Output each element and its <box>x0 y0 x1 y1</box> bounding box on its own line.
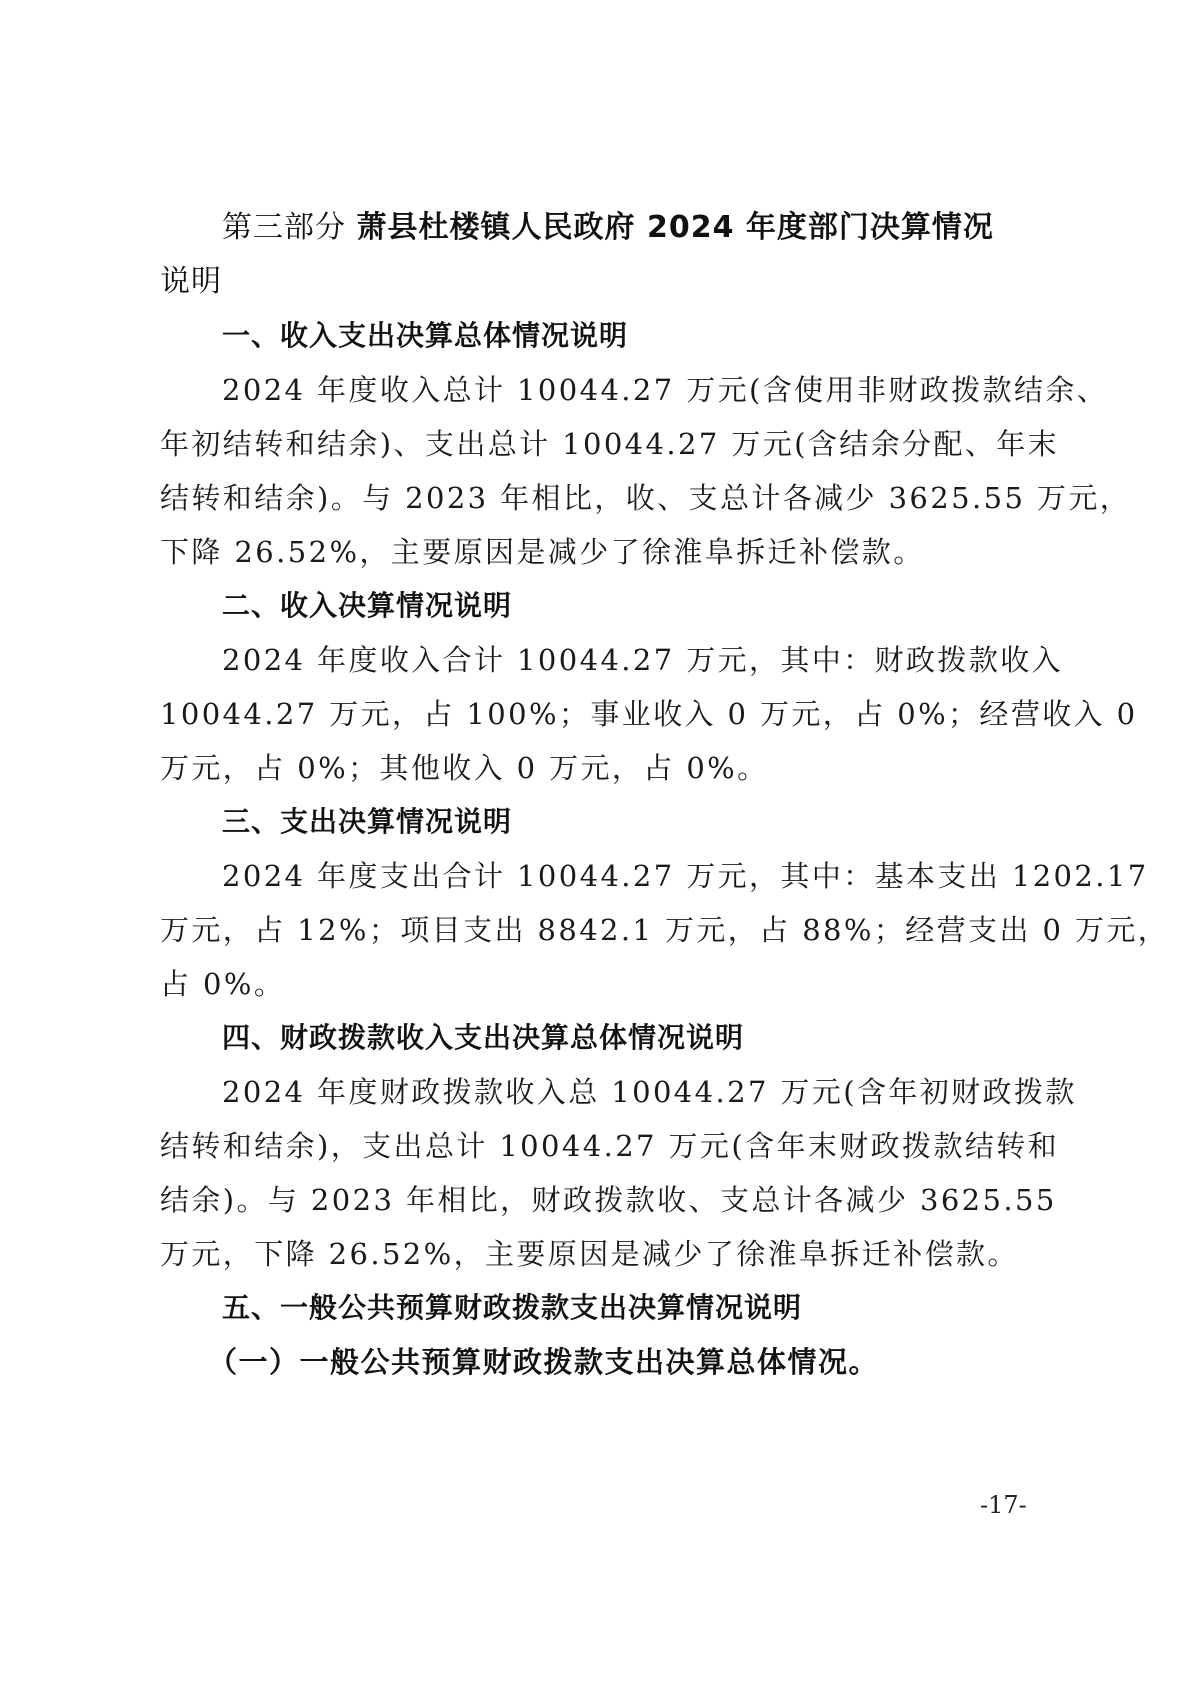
document-title-line-2: 说明 <box>160 262 222 302</box>
section-3-line-3: 占 0%。 <box>160 964 285 1004</box>
section-2-line-3: 万元，占 0%；其他收入 0 万元，占 0%。 <box>160 748 769 788</box>
section-1-line-2: 年初结转和结余)、支出总计 10044.27 万元(含结余分配、年末 <box>160 424 1059 464</box>
section-1-line-3: 结转和结余)。与 2023 年相比，收、支总计各减少 3625.55 万元， <box>160 478 1131 518</box>
section-heading-2: 二、收入决算情况说明 <box>222 586 512 626</box>
section-heading-4: 四、财政拨款收入支出决算总体情况说明 <box>222 1018 744 1058</box>
document-title-line-1: 第三部分 萧县杜楼镇人民政府 2024 年度部门决算情况 <box>222 208 994 248</box>
section-4-line-3: 结余)。与 2023 年相比，财政拨款收、支总计各减少 3625.55 <box>160 1180 1057 1220</box>
section-heading-3: 三、支出决算情况说明 <box>222 802 512 842</box>
title-part-label: 第三部分 <box>222 210 346 245</box>
section-4-line-4: 万元，下降 26.52%，主要原因是减少了徐淮阜拆迁补偿款。 <box>160 1234 1019 1274</box>
section-heading-1: 一、收入支出决算总体情况说明 <box>222 316 628 356</box>
section-5-subheading-1: （一）一般公共预算财政拨款支出决算总体情况。 <box>208 1342 879 1382</box>
title-main: 萧县杜楼镇人民政府 2024 年度部门决算情况 <box>357 210 994 245</box>
section-1-line-1: 2024 年度收入总计 10044.27 万元(含使用非财政拨款结余、 <box>222 370 1108 410</box>
section-4-line-1: 2024 年度财政拨款收入总 10044.27 万元(含年初财政拨款 <box>222 1072 1077 1112</box>
section-2-line-2: 10044.27 万元，占 100%；事业收入 0 万元，占 0%；经营收入 0 <box>160 694 1138 734</box>
section-4-line-2: 结转和结余)，支出总计 10044.27 万元(含年末财政拨款结转和 <box>160 1126 1059 1166</box>
document-page: 第三部分 萧县杜楼镇人民政府 2024 年度部门决算情况 说明 一、收入支出决算… <box>0 0 1190 1683</box>
section-heading-5: 五、一般公共预算财政拨款支出决算情况说明 <box>222 1288 802 1328</box>
section-1-line-4: 下降 26.52%，主要原因是减少了徐淮阜拆迁补偿款。 <box>160 532 925 572</box>
page-number: -17- <box>980 1490 1027 1520</box>
section-2-line-1: 2024 年度收入合计 10044.27 万元，其中：财政拨款收入 <box>222 640 1063 680</box>
section-3-line-2: 万元，占 12%；项目支出 8842.1 万元，占 88%；经营支出 0 万元， <box>160 910 1169 950</box>
section-3-line-1: 2024 年度支出合计 10044.27 万元，其中：基本支出 1202.17 <box>222 856 1149 896</box>
